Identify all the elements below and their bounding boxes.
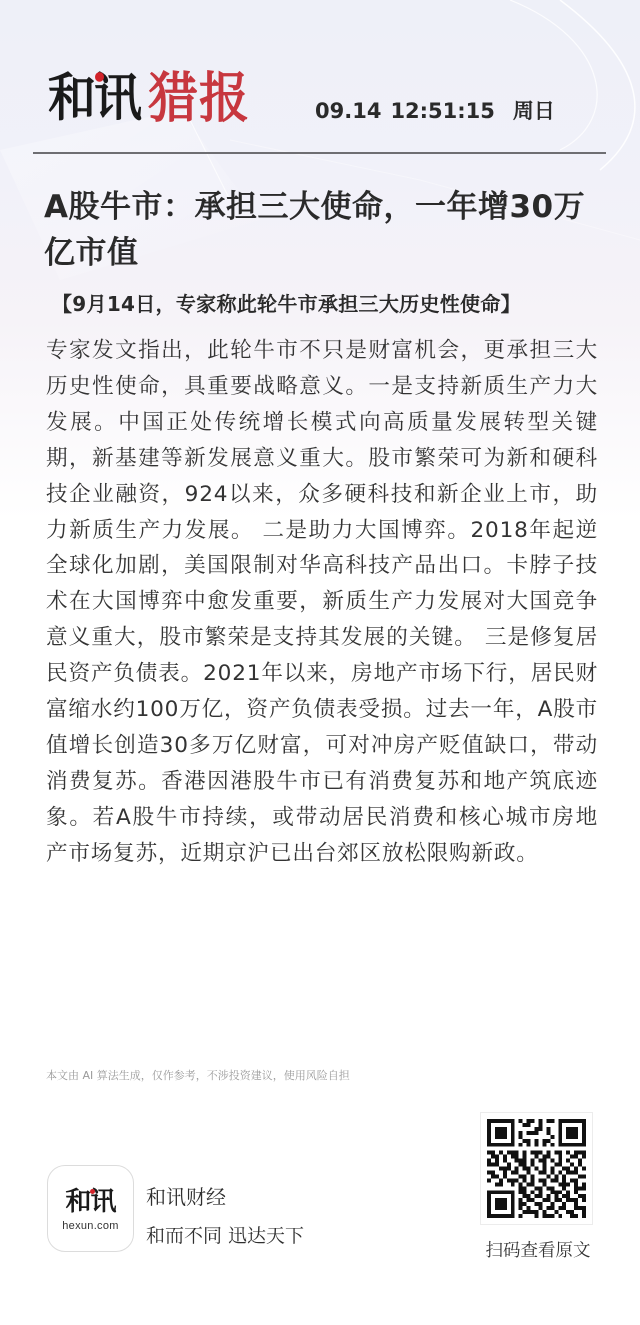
header-divider [33, 152, 606, 154]
header: 和讯 猎报 09.14 12:51:15 周日 [0, 0, 640, 154]
brand-hexun-wordmark: 和讯 [48, 66, 140, 131]
app-logo-domain: hexun.com [62, 1219, 119, 1233]
ai-disclaimer: 本文由 AI 算法生成，仅作参考，不涉投资建议，使用风险自担 [46, 1067, 350, 1085]
app-logo-mark: 和讯 [65, 1187, 115, 1217]
qr-code-icon [487, 1119, 586, 1218]
qr-caption: 扫码查看原文 [480, 1238, 596, 1264]
article-body: 专家发文指出，此轮牛市不只是财富机会，更承担三大历史性使命，具重要战略意义。一是… [46, 333, 598, 872]
article-subtitle: 【9月14日，专家称此轮牛市承担三大历史性使命】 [52, 288, 521, 320]
brand-primary-text: 和讯 [48, 68, 140, 128]
app-logo: 和讯 hexun.com [47, 1165, 134, 1252]
brand-logo: 和讯 猎报 [48, 68, 250, 128]
brand-liebao-wordmark: 猎报 [148, 66, 250, 131]
footer-brand-name: 和讯财经 [146, 1183, 226, 1211]
footer-slogan: 和而不同 迅达天下 [146, 1222, 304, 1250]
news-card-page: 和讯 猎报 09.14 12:51:15 周日 A股牛市：承担三大使命，一年增3… [0, 0, 640, 1325]
article-title: A股牛市：承担三大使命，一年增30万亿市值 [44, 184, 604, 276]
publish-date: 09.14 [315, 96, 381, 126]
publish-time: 12:51:15 [390, 96, 494, 126]
logo-dot-icon [95, 72, 104, 82]
publish-weekday: 周日 [513, 96, 555, 126]
publish-datetime: 09.14 12:51:15 周日 [315, 96, 555, 126]
qr-code[interactable] [480, 1112, 593, 1225]
